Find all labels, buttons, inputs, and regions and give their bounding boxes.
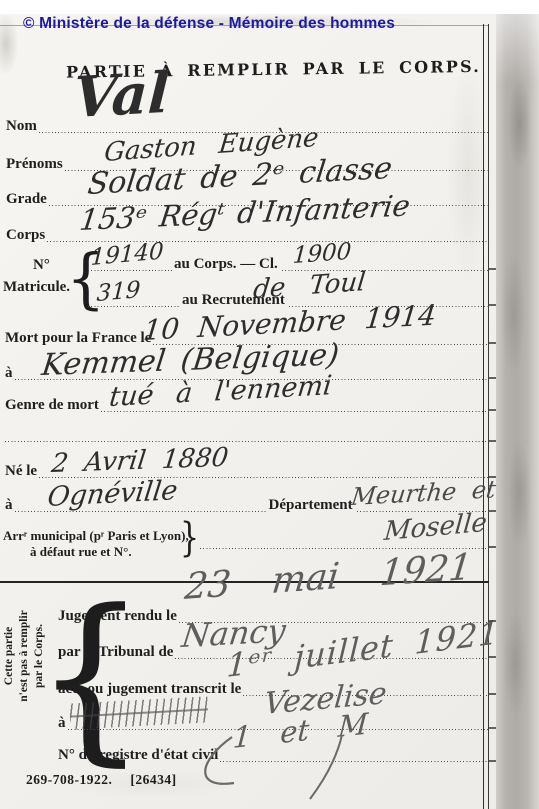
imprint-line: 269-708-1922.[26434] (26, 772, 177, 788)
tick-mark (489, 476, 496, 478)
mort-lieu-label: à (5, 366, 13, 381)
ink-flourish (190, 735, 410, 805)
tick-mark (489, 510, 496, 512)
imprint-bracket-number: [26434] (130, 772, 176, 787)
arrondissement-label-line2: à défaut rue et N°. (30, 545, 132, 558)
tick-mark (489, 727, 496, 729)
birth-date-handwriting: 2 Avril 1880 (50, 445, 230, 477)
tick-mark (489, 656, 496, 658)
tribunal-label: par le Tribunal de (58, 645, 173, 660)
departement-label: Département (269, 498, 353, 513)
tick-mark (489, 760, 496, 762)
marginal-note-line2: n'est pas à remplir (17, 571, 32, 741)
au-corps-cl-label: au Corps. — Cl. (174, 257, 278, 272)
nom-label: Nom (6, 119, 37, 134)
transcrit-label: acte ou jugement transcrit le (58, 682, 241, 697)
dotted-line (47, 237, 489, 242)
copyright-watermark: © Ministère de la défense - Mémoire des … (23, 15, 395, 33)
mort-le-label: Mort pour la France le (5, 331, 151, 346)
grade-label: Grade (6, 192, 47, 207)
departement-value-line1-handwriting: Meurthe et (350, 477, 497, 509)
empty-ruled-line (5, 427, 489, 443)
matricule-recrutement-number-handwriting: 319 (96, 279, 141, 306)
corps-label: Corps (6, 228, 45, 243)
scan-gutter-shadow (496, 14, 539, 809)
tick-mark (489, 377, 496, 379)
ne-lieu-label: à (5, 498, 13, 513)
prenoms-label: Prénoms (6, 157, 63, 172)
document-scan-page: © Ministère de la défense - Mémoire des … (0, 0, 539, 809)
imprint-reference: 269-708-1922. (26, 772, 112, 787)
transcrit-lieu-label: à (58, 716, 66, 731)
matricule-label-matricule: Matricule. (3, 280, 70, 295)
matricule-label-no: N° (33, 258, 50, 273)
top-white-strip (0, 0, 539, 14)
tick-mark (489, 409, 496, 411)
arrondissement-label-line1: Arrʳ municipal (pʳ Paris et Lyon), (3, 529, 189, 542)
recrutement-place-handwriting: de Toul (252, 269, 367, 303)
tick-mark (489, 620, 496, 622)
tick-mark (489, 546, 496, 548)
marginal-note-line1: Cette partie (2, 571, 17, 741)
ne-le-label: Né le (5, 464, 37, 479)
arrondissement-brace: } (180, 519, 199, 560)
dotted-line (5, 437, 489, 442)
birth-place-handwriting: Ognéville (46, 477, 179, 511)
tick-mark (489, 440, 496, 442)
tick-mark (489, 268, 496, 270)
classe-value-handwriting: 1900 (292, 241, 352, 268)
genre-mort-label: Genre de mort (5, 398, 99, 413)
jugement-rendu-label: Jugement rendu le (58, 609, 177, 624)
tick-mark (489, 693, 496, 695)
nom-value-handwriting: Val (72, 65, 171, 126)
tick-mark (489, 342, 496, 344)
tick-mark (489, 304, 496, 306)
